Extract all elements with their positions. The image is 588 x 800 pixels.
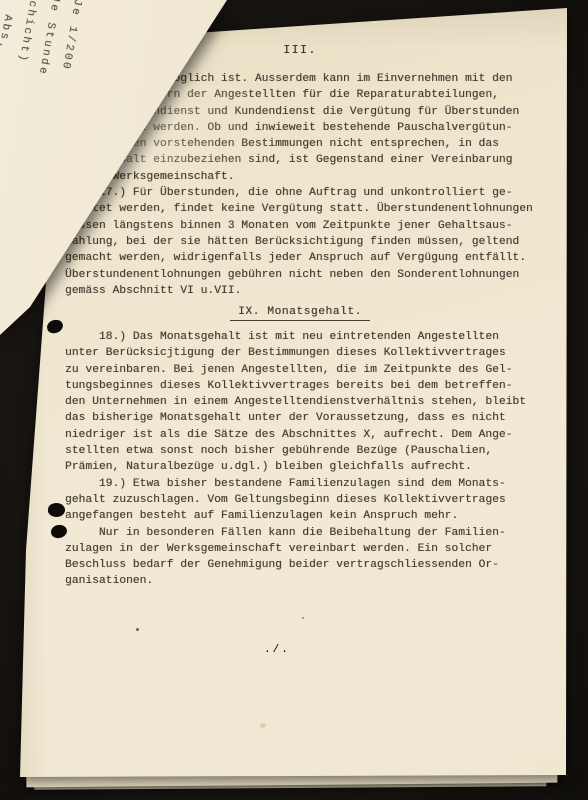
overlapping-page-wrap: it Je 1/200St.Je Stunde(7.Schicht)(§ 1, … bbox=[0, 0, 588, 800]
rotated-page-text: it Je 1/200St.Je Stunde(7.Schicht)(§ 1, … bbox=[0, 0, 93, 82]
overlapping-page-corner: it Je 1/200St.Je Stunde(7.Schicht)(§ 1, … bbox=[0, 0, 588, 800]
photo-backdrop: III. werden, schwer möglich ist. Ausserd… bbox=[0, 0, 588, 800]
